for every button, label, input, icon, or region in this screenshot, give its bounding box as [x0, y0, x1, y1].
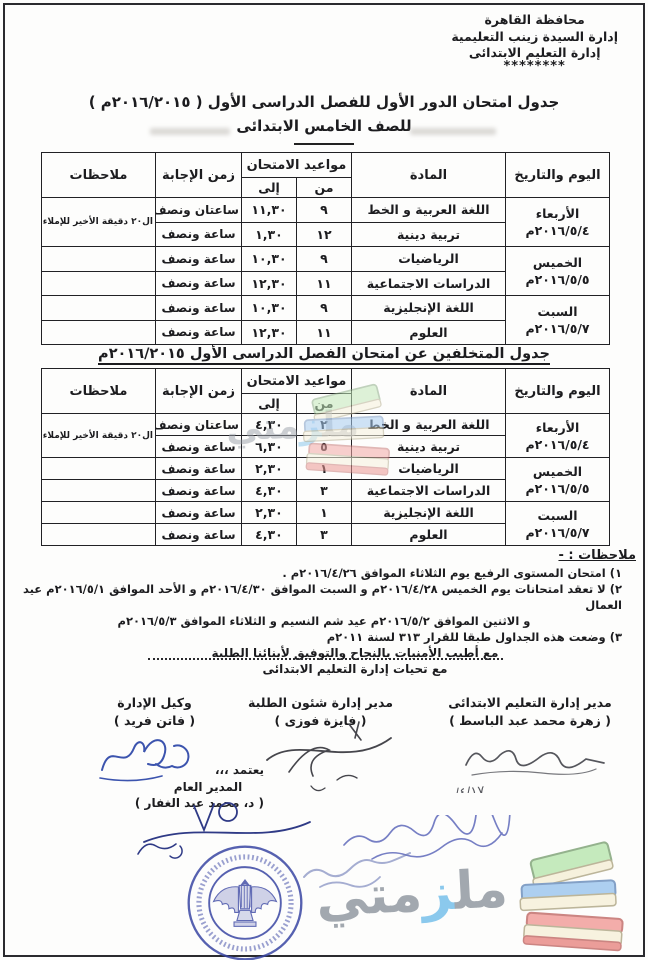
signature-title: مدير إدارة شئون الطلبة: [233, 694, 408, 712]
signature-block-primary-education-director: مدير إدارة التعليم الابتدائى ( زهرة محمد…: [430, 694, 630, 730]
exam-table-first-round: اليوم والتاريخ المادة مواعيد الامتحان زم…: [41, 152, 610, 345]
table-row: الخميس ٢٠١٦/٥/٥م الرياضيات ١ ٢,٣٠ ساعة و…: [42, 458, 610, 480]
time-from-cell: ٩: [297, 198, 352, 223]
duration-cell: ساعة ونصف: [156, 222, 242, 247]
subject-cell: الدراسات الاجتماعية: [352, 271, 506, 296]
time-from-cell: ٣: [297, 480, 352, 502]
table-row: السبت ٢٠١٦/٥/٧م اللغة الإنجليزية ٩ ١٠,٣٠…: [42, 296, 610, 321]
notes-heading: ملاحظات : -: [12, 548, 636, 564]
subject-cell: الرياضيات: [352, 247, 506, 272]
time-from-cell: ٩: [297, 296, 352, 321]
signature-name: ( زهرة محمد عبد الباسط ): [430, 712, 630, 730]
time-to-cell: ٤,٣٠: [242, 414, 297, 436]
col-header-to: إلى: [242, 394, 297, 414]
org-header: محافظة القاهرة إدارة السيدة زينب التعليم…: [451, 12, 618, 72]
day-date: ٢٠١٦/٥/٧م: [508, 320, 607, 337]
signature-scribble-right: ٢٠١٦/٤/١٧: [456, 735, 616, 793]
time-to-cell: ٤,٣٠: [242, 524, 297, 546]
dotted-separator: [148, 658, 503, 660]
signature-block-student-affairs-director: مدير إدارة شئون الطلبة ( فايزة فوزى ): [233, 694, 408, 730]
note-3: ٣) وضعت هذه الجداول طبقا للقرار ٣١٣ لسنة…: [12, 629, 636, 645]
time-from-cell: ٩: [297, 247, 352, 272]
time-from-cell: ١٢: [297, 222, 352, 247]
duration-cell: ساعة ونصف: [156, 480, 242, 502]
table-row: الأربعاء ٢٠١٦/٥/٤م اللغة العربية و الخط …: [42, 198, 610, 223]
subject-cell: اللغة الإنجليزية: [352, 502, 506, 524]
org-governorate: محافظة القاهرة: [451, 12, 618, 29]
approval-block: يعتمد ،،، المدير العام ( د، محمد عبد الغ…: [152, 762, 264, 812]
duration-cell: ساعة ونصف: [156, 320, 242, 345]
duration-cell: ساعة ونصف: [156, 458, 242, 480]
time-to-cell: ٦,٣٠: [242, 436, 297, 458]
subject-cell: تربية دينية: [352, 222, 506, 247]
time-to-cell: ٢,٣٠: [242, 458, 297, 480]
duration-cell: ساعتان ونصف: [156, 414, 242, 436]
exam-table-first-round-wrapper: اليوم والتاريخ المادة مواعيد الامتحان زم…: [41, 152, 610, 345]
time-from-cell: ١١: [297, 320, 352, 345]
col-header-subject: المادة: [352, 369, 506, 414]
col-header-to: إلى: [242, 178, 297, 198]
col-header-duration: زمن الإجابة: [156, 369, 242, 414]
time-to-cell: ٤,٣٠: [242, 480, 297, 502]
note-cell: [42, 458, 156, 480]
approval-title: المدير العام: [152, 779, 264, 796]
col-header-times: مواعيد الامتحان: [242, 369, 352, 394]
wishes-line-2: مع تحيات إدارة التعليم الابتدائى: [12, 661, 636, 677]
subject-cell: اللغة العربية و الخط: [352, 414, 506, 436]
signature-name: ( فايزة فوزى ): [233, 712, 408, 730]
duration-cell: ساعة ونصف: [156, 271, 242, 296]
note-cell: [42, 320, 156, 345]
doc-title: جدول امتحان الدور الأول للفصل الدراسى ال…: [0, 90, 648, 114]
col-header-times: مواعيد الامتحان: [242, 153, 352, 178]
day-name: الخميس: [508, 254, 607, 271]
official-stamp: [152, 843, 338, 960]
signature-name: ( فاتن فريد ): [62, 712, 247, 730]
org-directorate: إدارة السيدة زينب التعليمية: [451, 29, 618, 46]
time-to-cell: ١٠,٣٠: [242, 296, 297, 321]
note-cell: [42, 524, 156, 546]
time-to-cell: ٢,٣٠: [242, 502, 297, 524]
day-cell: الخميس ٢٠١٦/٥/٥م: [506, 247, 610, 296]
scanned-exam-schedule-document: محافظة القاهرة إدارة السيدة زينب التعليم…: [0, 0, 648, 960]
subject-cell: الرياضيات: [352, 458, 506, 480]
subject-cell: الدراسات الاجتماعية: [352, 480, 506, 502]
time-to-cell: ١,٣٠: [242, 222, 297, 247]
duration-cell: ساعتان ونصف: [156, 198, 242, 223]
subject-cell: اللغة الإنجليزية: [352, 296, 506, 321]
note-2-line-1: ٢) لا تعقد امتحانات يوم الخميس ٢٠١٦/٤/٢٨…: [12, 581, 636, 613]
scan-smudge: [150, 128, 230, 135]
duration-cell: ساعة ونصف: [156, 502, 242, 524]
day-cell: الأربعاء ٢٠١٦/٥/٤م: [506, 198, 610, 247]
note-cell: [42, 480, 156, 502]
books-icon-bottom-watermark: [500, 838, 642, 960]
time-to-cell: ١٠,٣٠: [242, 247, 297, 272]
col-header-notes: ملاحظات: [42, 369, 156, 414]
note-cell: ال٢٠ دقيقة الأخير للإملاء: [42, 198, 156, 247]
time-from-cell: ٣: [297, 524, 352, 546]
day-date: ٢٠١٦/٥/٤م: [508, 436, 607, 453]
makeup-table-title: جدول المتخلفين عن امتحان الفصل الدراسى ا…: [0, 346, 648, 362]
col-header-day: اليوم والتاريخ: [506, 369, 610, 414]
day-date: ٢٠١٦/٥/٥م: [508, 480, 607, 497]
col-header-duration: زمن الإجابة: [156, 153, 242, 198]
note-cell: [42, 247, 156, 272]
signature-title: وكيل الإدارة: [62, 694, 247, 712]
col-header-day: اليوم والتاريخ: [506, 153, 610, 198]
signature-block-deputy-administration: وكيل الإدارة ( فاتن فريد ): [62, 694, 247, 730]
col-header-from: من: [297, 394, 352, 414]
duration-cell: ساعة ونصف: [156, 436, 242, 458]
subject-cell: تربية دينية: [352, 436, 506, 458]
note-cell: ال٢٠ دقيقة الأخير للإملاء: [42, 414, 156, 458]
handwriting-scrawl: [332, 815, 542, 875]
day-date: ٢٠١٦/٥/٥م: [508, 271, 607, 288]
day-name: السبت: [508, 507, 607, 524]
time-to-cell: ١٢,٣٠: [242, 271, 297, 296]
title-rule: [294, 143, 354, 145]
exam-table-makeup: اليوم والتاريخ المادة مواعيد الامتحان زم…: [41, 368, 610, 546]
note-2-line-2: و الاثنين الموافق ٢٠١٦/٥/٢م عيد شم النسي…: [12, 613, 636, 629]
note-1: ١) امتحان المستوى الرفيع يوم الثلاثاء ال…: [12, 565, 636, 581]
note-cell: [42, 502, 156, 524]
day-name: الخميس: [508, 463, 607, 480]
note-cell: [42, 296, 156, 321]
note-cell: [42, 271, 156, 296]
day-cell: السبت ٢٠١٦/٥/٧م: [506, 502, 610, 546]
time-to-cell: ١١,٣٠: [242, 198, 297, 223]
handwriting-scrawl: [290, 845, 440, 895]
doc-subtitle: للصف الخامس الابتدائى: [0, 114, 648, 138]
day-cell: الأربعاء ٢٠١٦/٥/٤م: [506, 414, 610, 458]
col-header-subject: المادة: [352, 153, 506, 198]
scan-smudge: [410, 128, 496, 135]
exam-table-makeup-wrapper: اليوم والتاريخ المادة مواعيد الامتحان زم…: [41, 368, 610, 546]
subject-cell: اللغة العربية و الخط: [352, 198, 506, 223]
handwritten-date: ٢٠١٦/٤/١٧: [456, 783, 485, 793]
subject-cell: العلوم: [352, 524, 506, 546]
col-header-notes: ملاحظات: [42, 153, 156, 198]
day-name: السبت: [508, 303, 607, 320]
day-date: ٢٠١٦/٥/٧م: [508, 524, 607, 541]
org-separator-stars: ********: [451, 62, 618, 72]
day-name: الأربعاء: [508, 419, 607, 436]
day-name: الأربعاء: [508, 205, 607, 222]
time-from-cell: ١: [297, 502, 352, 524]
day-cell: السبت ٢٠١٦/٥/٧م: [506, 296, 610, 345]
col-header-from: من: [297, 178, 352, 198]
time-from-cell: ١١: [297, 271, 352, 296]
doc-title-block: جدول امتحان الدور الأول للفصل الدراسى ال…: [0, 90, 648, 145]
time-to-cell: ١٢,٣٠: [242, 320, 297, 345]
signature-title: مدير إدارة التعليم الابتدائى: [430, 694, 630, 712]
day-cell: الخميس ٢٠١٦/٥/٥م: [506, 458, 610, 502]
approval-name: ( د، محمد عبد الغفار ): [152, 795, 264, 812]
table-row: السبت ٢٠١٦/٥/٧م اللغة الإنجليزية ١ ٢,٣٠ …: [42, 502, 610, 524]
watermark-text-bottom: مل‍‍زمتي: [315, 859, 510, 929]
approval-word: يعتمد ،،،: [152, 762, 264, 779]
time-from-cell: ٢: [297, 414, 352, 436]
duration-cell: ساعة ونصف: [156, 247, 242, 272]
duration-cell: ساعة ونصف: [156, 296, 242, 321]
day-date: ٢٠١٦/٥/٤م: [508, 222, 607, 239]
time-from-cell: ١: [297, 458, 352, 480]
subject-cell: العلوم: [352, 320, 506, 345]
eagle-icon: [214, 880, 277, 927]
duration-cell: ساعة ونصف: [156, 524, 242, 546]
table-row: الخميس ٢٠١٦/٥/٥م الرياضيات ٩ ١٠,٣٠ ساعة …: [42, 247, 610, 272]
table-row: الأربعاء ٢٠١٦/٥/٤م اللغة العربية و الخط …: [42, 414, 610, 436]
time-from-cell: ٥: [297, 436, 352, 458]
